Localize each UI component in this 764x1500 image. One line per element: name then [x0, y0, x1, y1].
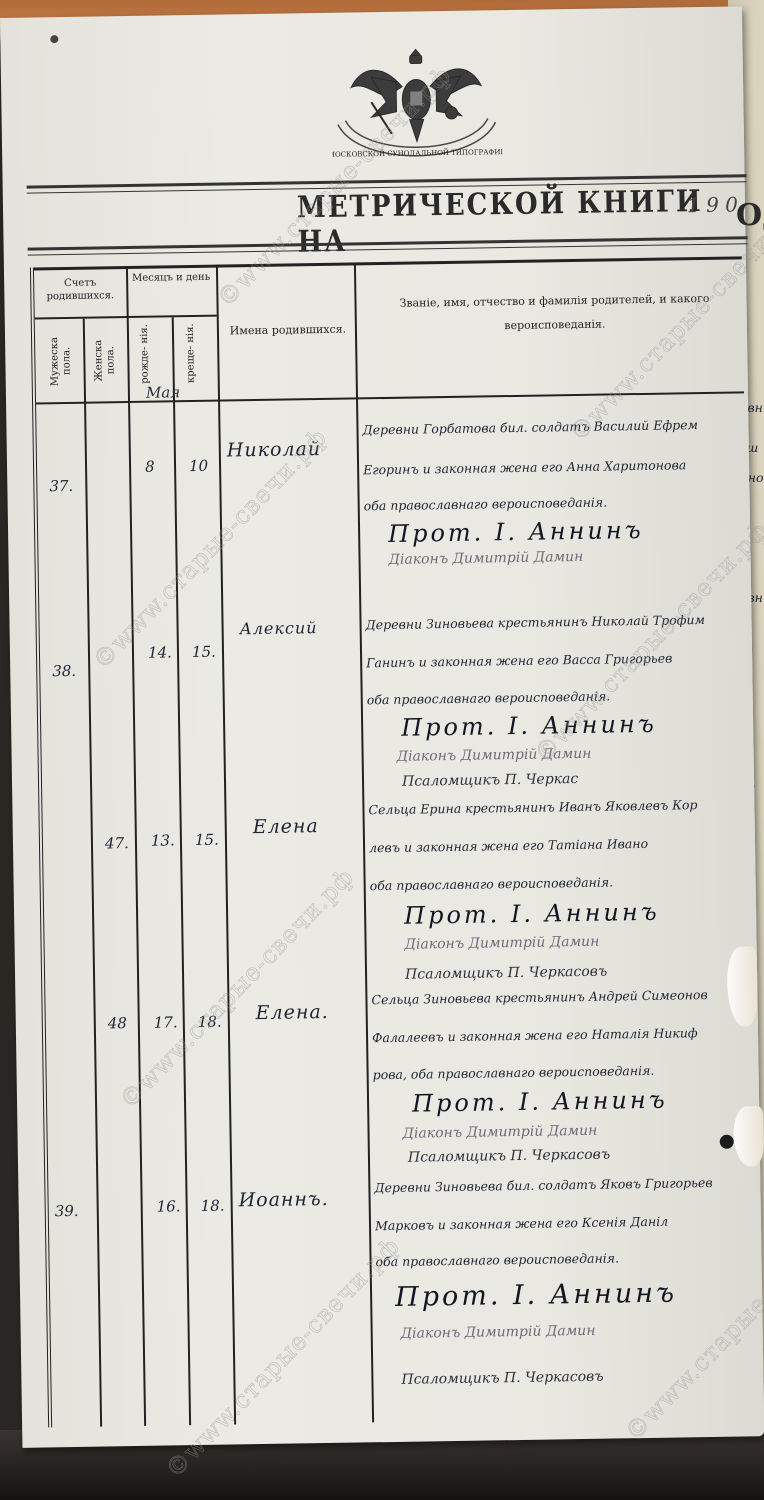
- ink-stain: [720, 1135, 734, 1149]
- signature-deacon: Діаконъ Димитрій Дамин: [388, 549, 583, 568]
- child-name: Алексий: [239, 618, 317, 638]
- baptism-day: 18.: [201, 1197, 225, 1215]
- child-name: Елена.: [255, 1001, 328, 1024]
- baptism-day: 15.: [195, 831, 219, 849]
- signature-psalmist: Псаломщикъ П. Черкасовъ: [408, 1147, 610, 1166]
- signature-deacon: Діаконъ Димитрій Дамин: [404, 934, 599, 953]
- facing-page-title-fragment: ОД: [736, 198, 764, 233]
- header-count-group: Счетъ родившихся.: [34, 276, 126, 303]
- year-handwritten: 1 9 0: [687, 192, 738, 217]
- parents-line: оба православнаго вероисповеданія.: [375, 1250, 619, 1269]
- header-subdivider: [35, 315, 217, 319]
- column-divider: [83, 319, 102, 1427]
- parents-line: рова, оба православнаго вероисповеданія.: [373, 1063, 655, 1082]
- birth-day: 8: [145, 458, 155, 476]
- parents-line: Сельца Зиновьева крестьянинъ Андрей Симе…: [371, 987, 707, 1007]
- signature-psalmist: Псаломщикъ П. Черкас: [402, 771, 578, 790]
- month-handwritten: Мая: [146, 383, 181, 402]
- birth-day: 16.: [157, 1197, 181, 1215]
- column-divider: [172, 317, 191, 1425]
- parents-line: Сельца Ерина крестьянинъ Иванъ Яковлевъ …: [368, 797, 697, 817]
- female-count: 48: [108, 1014, 127, 1032]
- parents-line: Деревни Зиновьева бил. солдатъ Яковъ Гри…: [374, 1175, 712, 1195]
- signature-psalmist: Псаломщикъ П. Черкасовъ: [401, 1369, 603, 1388]
- parents-line: Егоринъ и законная жена его Анна Харитон…: [363, 457, 686, 477]
- signature-priest: Прот. І. Аннинъ: [404, 898, 660, 930]
- signature-deacon: Діаконъ Димитрій Дамин: [402, 1123, 597, 1142]
- parents-line: оба православнаго вероисповеданія.: [364, 495, 608, 514]
- birth-day: 13.: [151, 831, 175, 849]
- parents-line: Фалалеевъ и законная жена его Наталія Ни…: [372, 1025, 698, 1045]
- parents-line: оба православнаго вероисповеданія.: [370, 874, 614, 893]
- signature-priest: Прот. І. Аннинъ: [388, 516, 644, 548]
- baptism-day: 10: [189, 457, 208, 475]
- female-count: 47.: [105, 834, 129, 852]
- signature-priest: Прот. І. Аннинъ: [412, 1086, 668, 1118]
- register-page: МОСКОВСКОЙ СУНОДАЛЬНОЙ ТИПОГРАФИИ МЕТРИЧ…: [0, 6, 764, 1447]
- birth-day: 17.: [154, 1013, 178, 1031]
- parents-line: Марковъ и законная жена его Ксенія Даніл: [375, 1214, 668, 1234]
- binding-hole: [50, 35, 58, 43]
- header-bottom-rule: [36, 391, 744, 404]
- parents-line: левъ и законная жена его Татіана Ивано: [369, 836, 648, 855]
- signature-priest: Прот. І. Аннинъ: [395, 1278, 677, 1313]
- header-date-group: Месяцъ и день: [126, 271, 216, 285]
- signature-psalmist: Псаломщикъ П. Черкасовъ: [405, 964, 607, 983]
- male-count: 39.: [55, 1202, 79, 1220]
- title-band: МЕТРИЧЕСКОЙ КНИГИ НА 1 9 0: [27, 174, 748, 265]
- header-date-birth: рожде- нія.: [139, 324, 152, 384]
- header-count-female: Женска пола.: [93, 324, 118, 396]
- male-count: 37.: [49, 477, 73, 495]
- signature-priest: Прот. І. Аннинъ: [401, 710, 657, 742]
- header-names: Имена родившихся.: [221, 322, 355, 338]
- signature-deacon: Діаконъ Димитрій Дамин: [401, 1323, 596, 1342]
- header-count-male: Мужеска пола.: [49, 325, 74, 397]
- baptism-day: 15.: [192, 643, 216, 661]
- male-count: 38.: [52, 662, 76, 680]
- child-name: Елена: [253, 815, 319, 838]
- parents-line: Деревни Горбатова бил. солдатъ Василий Е…: [362, 417, 698, 437]
- child-name: Иоаннъ.: [238, 1188, 328, 1211]
- header-date-baptism: креще- нія.: [185, 323, 198, 383]
- birth-day: 14.: [148, 643, 172, 661]
